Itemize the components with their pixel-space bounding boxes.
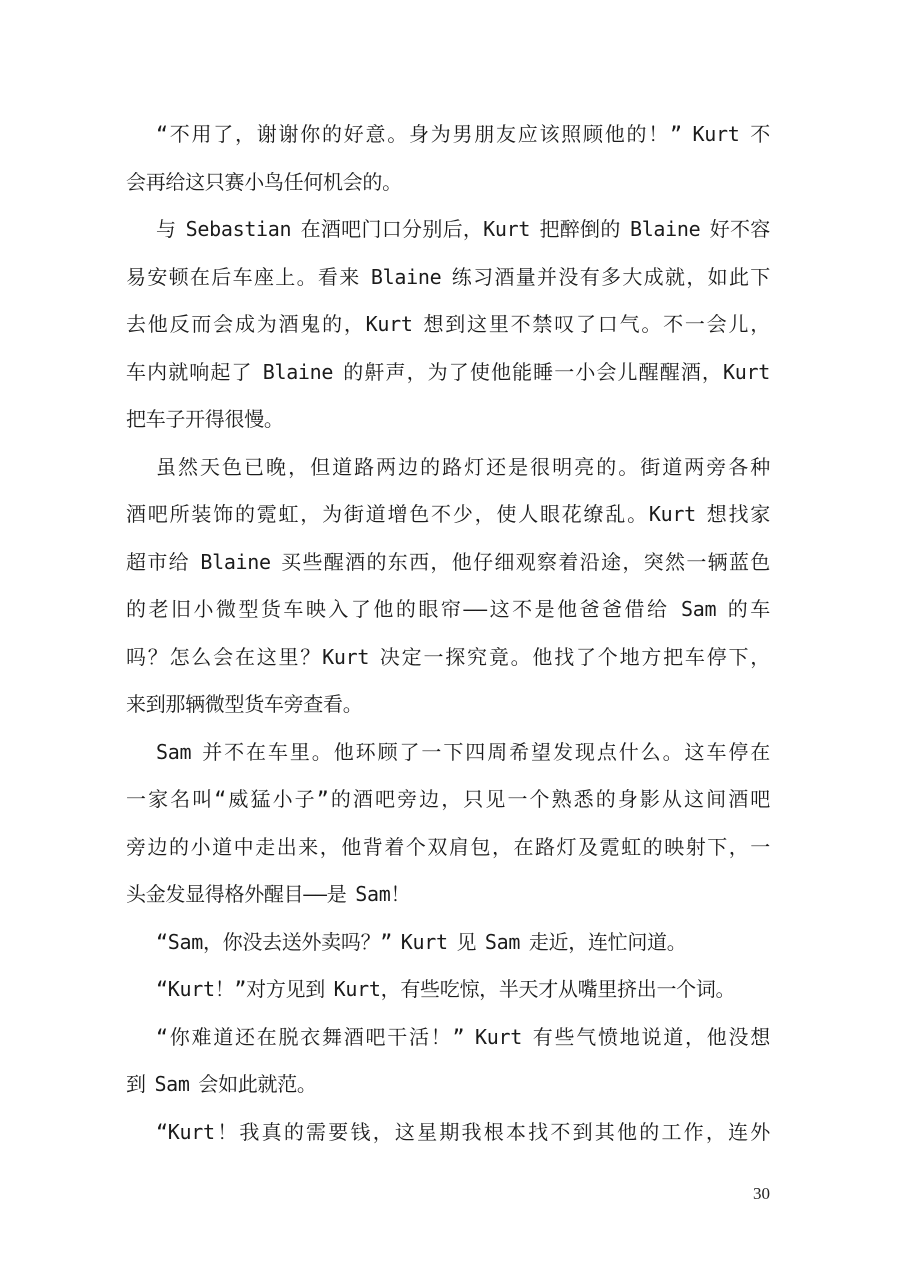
text-line: 虽然天色已晚，但道路两边的路灯还是很明亮的。街道两旁各种 <box>126 444 770 492</box>
text-block: “不用了，谢谢你的好意。身为男朋友应该照顾他的！” Kurt 不会再给这只赛小鸟… <box>126 111 770 1156</box>
text-line: 到 Sam 会如此就范。 <box>126 1061 770 1109</box>
text-line: “不用了，谢谢你的好意。身为男朋友应该照顾他的！” Kurt 不 <box>126 111 770 159</box>
text-line: 把车子开得很慢。 <box>126 396 770 444</box>
text-line: “Sam，你没去送外卖吗？” Kurt 见 Sam 走近，连忙问道。 <box>126 919 770 967</box>
text-line: 来到那辆微型货车旁查看。 <box>126 681 770 729</box>
page-number: 30 <box>753 1183 770 1205</box>
text-line: Sam 并不在车里。他环顾了一下四周希望发现点什么。这车停在 <box>126 729 770 777</box>
text-line: 吗？怎么会在这里？Kurt 决定一探究竟。他找了个地方把车停下， <box>126 634 770 682</box>
text-line: 旁边的小道中走出来，他背着个双肩包，在路灯及霓虹的映射下，一 <box>126 824 770 872</box>
text-line: 酒吧所装饰的霓虹，为街道增色不少，使人眼花缭乱。Kurt 想找家 <box>126 491 770 539</box>
text-line: 头金发显得格外醒目——是 Sam！ <box>126 871 770 919</box>
text-line: 一家名叫“威猛小子”的酒吧旁边，只见一个熟悉的身影从这间酒吧 <box>126 776 770 824</box>
text-line: “Kurt！”对方见到 Kurt，有些吃惊，半天才从嘴里挤出一个词。 <box>126 966 770 1014</box>
text-line: 易安顿在后车座上。看来 Blaine 练习酒量并没有多大成就，如此下 <box>126 254 770 302</box>
text-line: 去他反而会成为酒鬼的，Kurt 想到这里不禁叹了口气。不一会儿， <box>126 301 770 349</box>
text-line: 超市给 Blaine 买些醒酒的东西，他仔细观察着沿途，突然一辆蓝色 <box>126 539 770 587</box>
text-line: “Kurt！我真的需要钱，这星期我根本找不到其他的工作，连外 <box>126 1109 770 1157</box>
text-line: 的老旧小微型货车映入了他的眼帘——这不是他爸爸借给 Sam 的车 <box>126 586 770 634</box>
text-line: “你难道还在脱衣舞酒吧干活！” Kurt 有些气愤地说道，他没想 <box>126 1014 770 1062</box>
text-line: 与 Sebastian 在酒吧门口分别后，Kurt 把醉倒的 Blaine 好不… <box>126 206 770 254</box>
document-page: “不用了，谢谢你的好意。身为男朋友应该照顾他的！” Kurt 不会再给这只赛小鸟… <box>0 0 904 1280</box>
text-line: 会再给这只赛小鸟任何机会的。 <box>126 159 770 207</box>
text-line: 车内就响起了 Blaine 的鼾声，为了使他能睡一小会儿醒醒酒，Kurt <box>126 349 770 397</box>
